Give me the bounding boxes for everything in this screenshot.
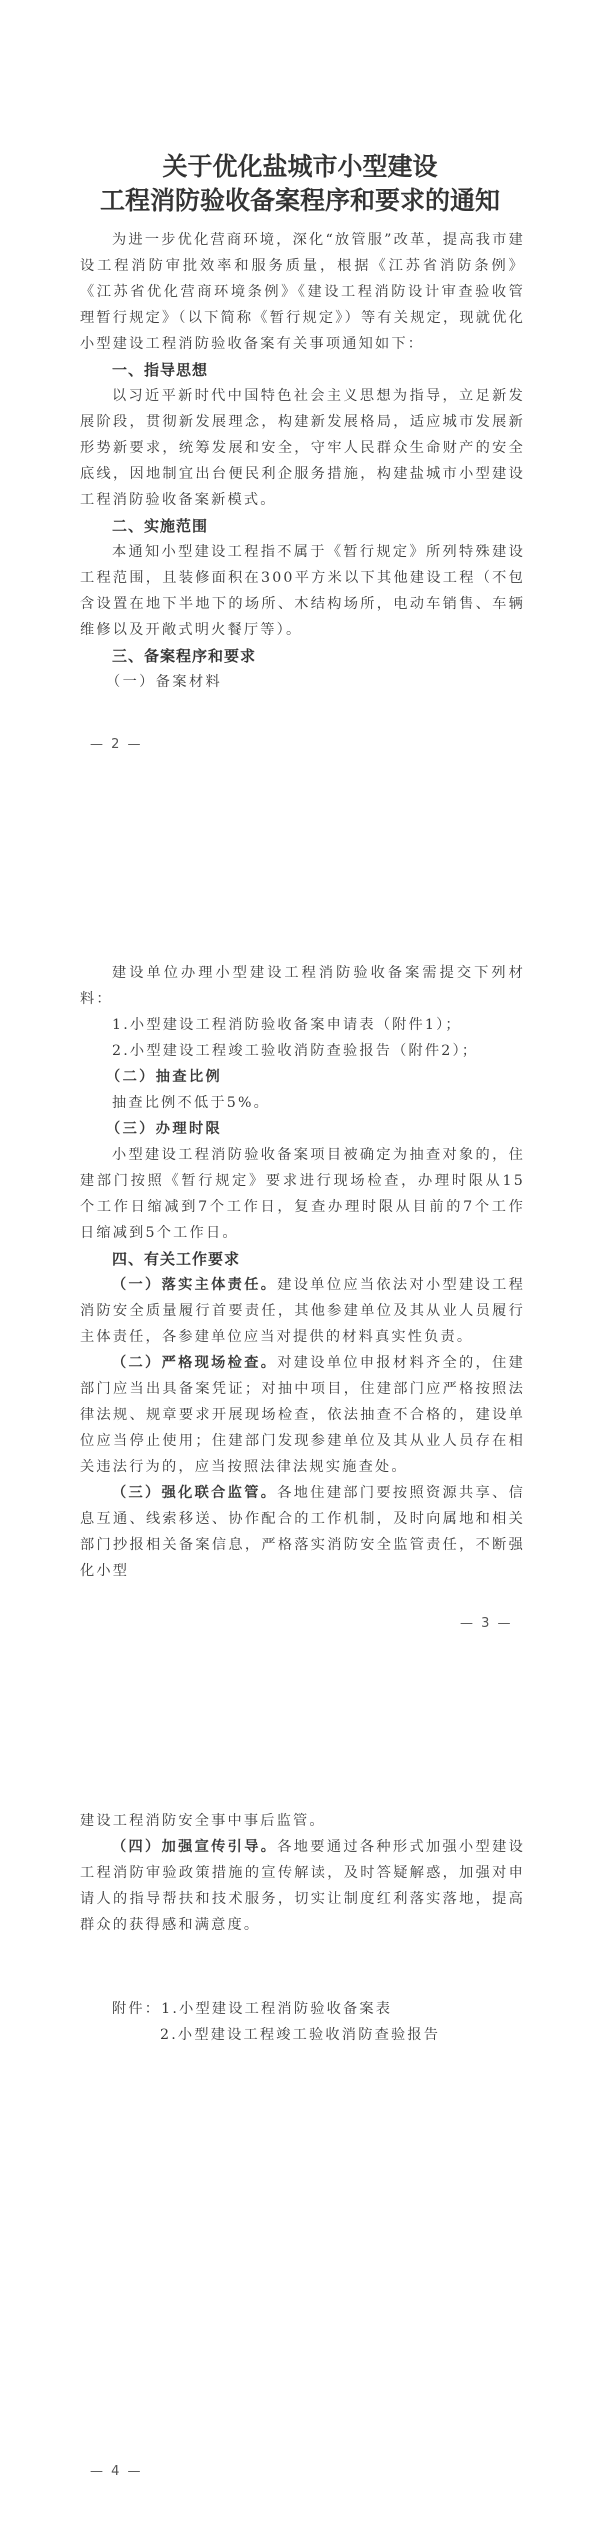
attachment-1: 附件：1.小型建设工程消防验收备案表 xyxy=(80,1996,525,2022)
attachments-label: 附件： xyxy=(112,2001,161,2017)
page-4: 建设工程消防安全事中事后监管。 （四）加强宣传引导。各地要通过各种形式加强小型建… xyxy=(0,0,600,2544)
section-4-para-4: （四）加强宣传引导。各地要通过各种形式加强小型建设工程消防审验政策措施的宣传解读… xyxy=(80,1834,525,1938)
attachment-1-title: 1.小型建设工程消防验收备案表 xyxy=(161,2001,392,2017)
section-4-para-4-lead: （四）加强宣传引导。 xyxy=(112,1839,277,1855)
section-4-para-3-continued: 建设工程消防安全事中事后监管。 xyxy=(80,1808,525,1834)
attachments: 附件：1.小型建设工程消防验收备案表 2.小型建设工程竣工验收消防查验报告 xyxy=(80,1996,525,2048)
page-number-4: — 4 — xyxy=(90,2464,143,2479)
attachment-2-title: 2.小型建设工程竣工验收消防查验报告 xyxy=(80,2022,525,2048)
page-4-body: 建设工程消防安全事中事后监管。 （四）加强宣传引导。各地要通过各种形式加强小型建… xyxy=(80,1808,525,1938)
